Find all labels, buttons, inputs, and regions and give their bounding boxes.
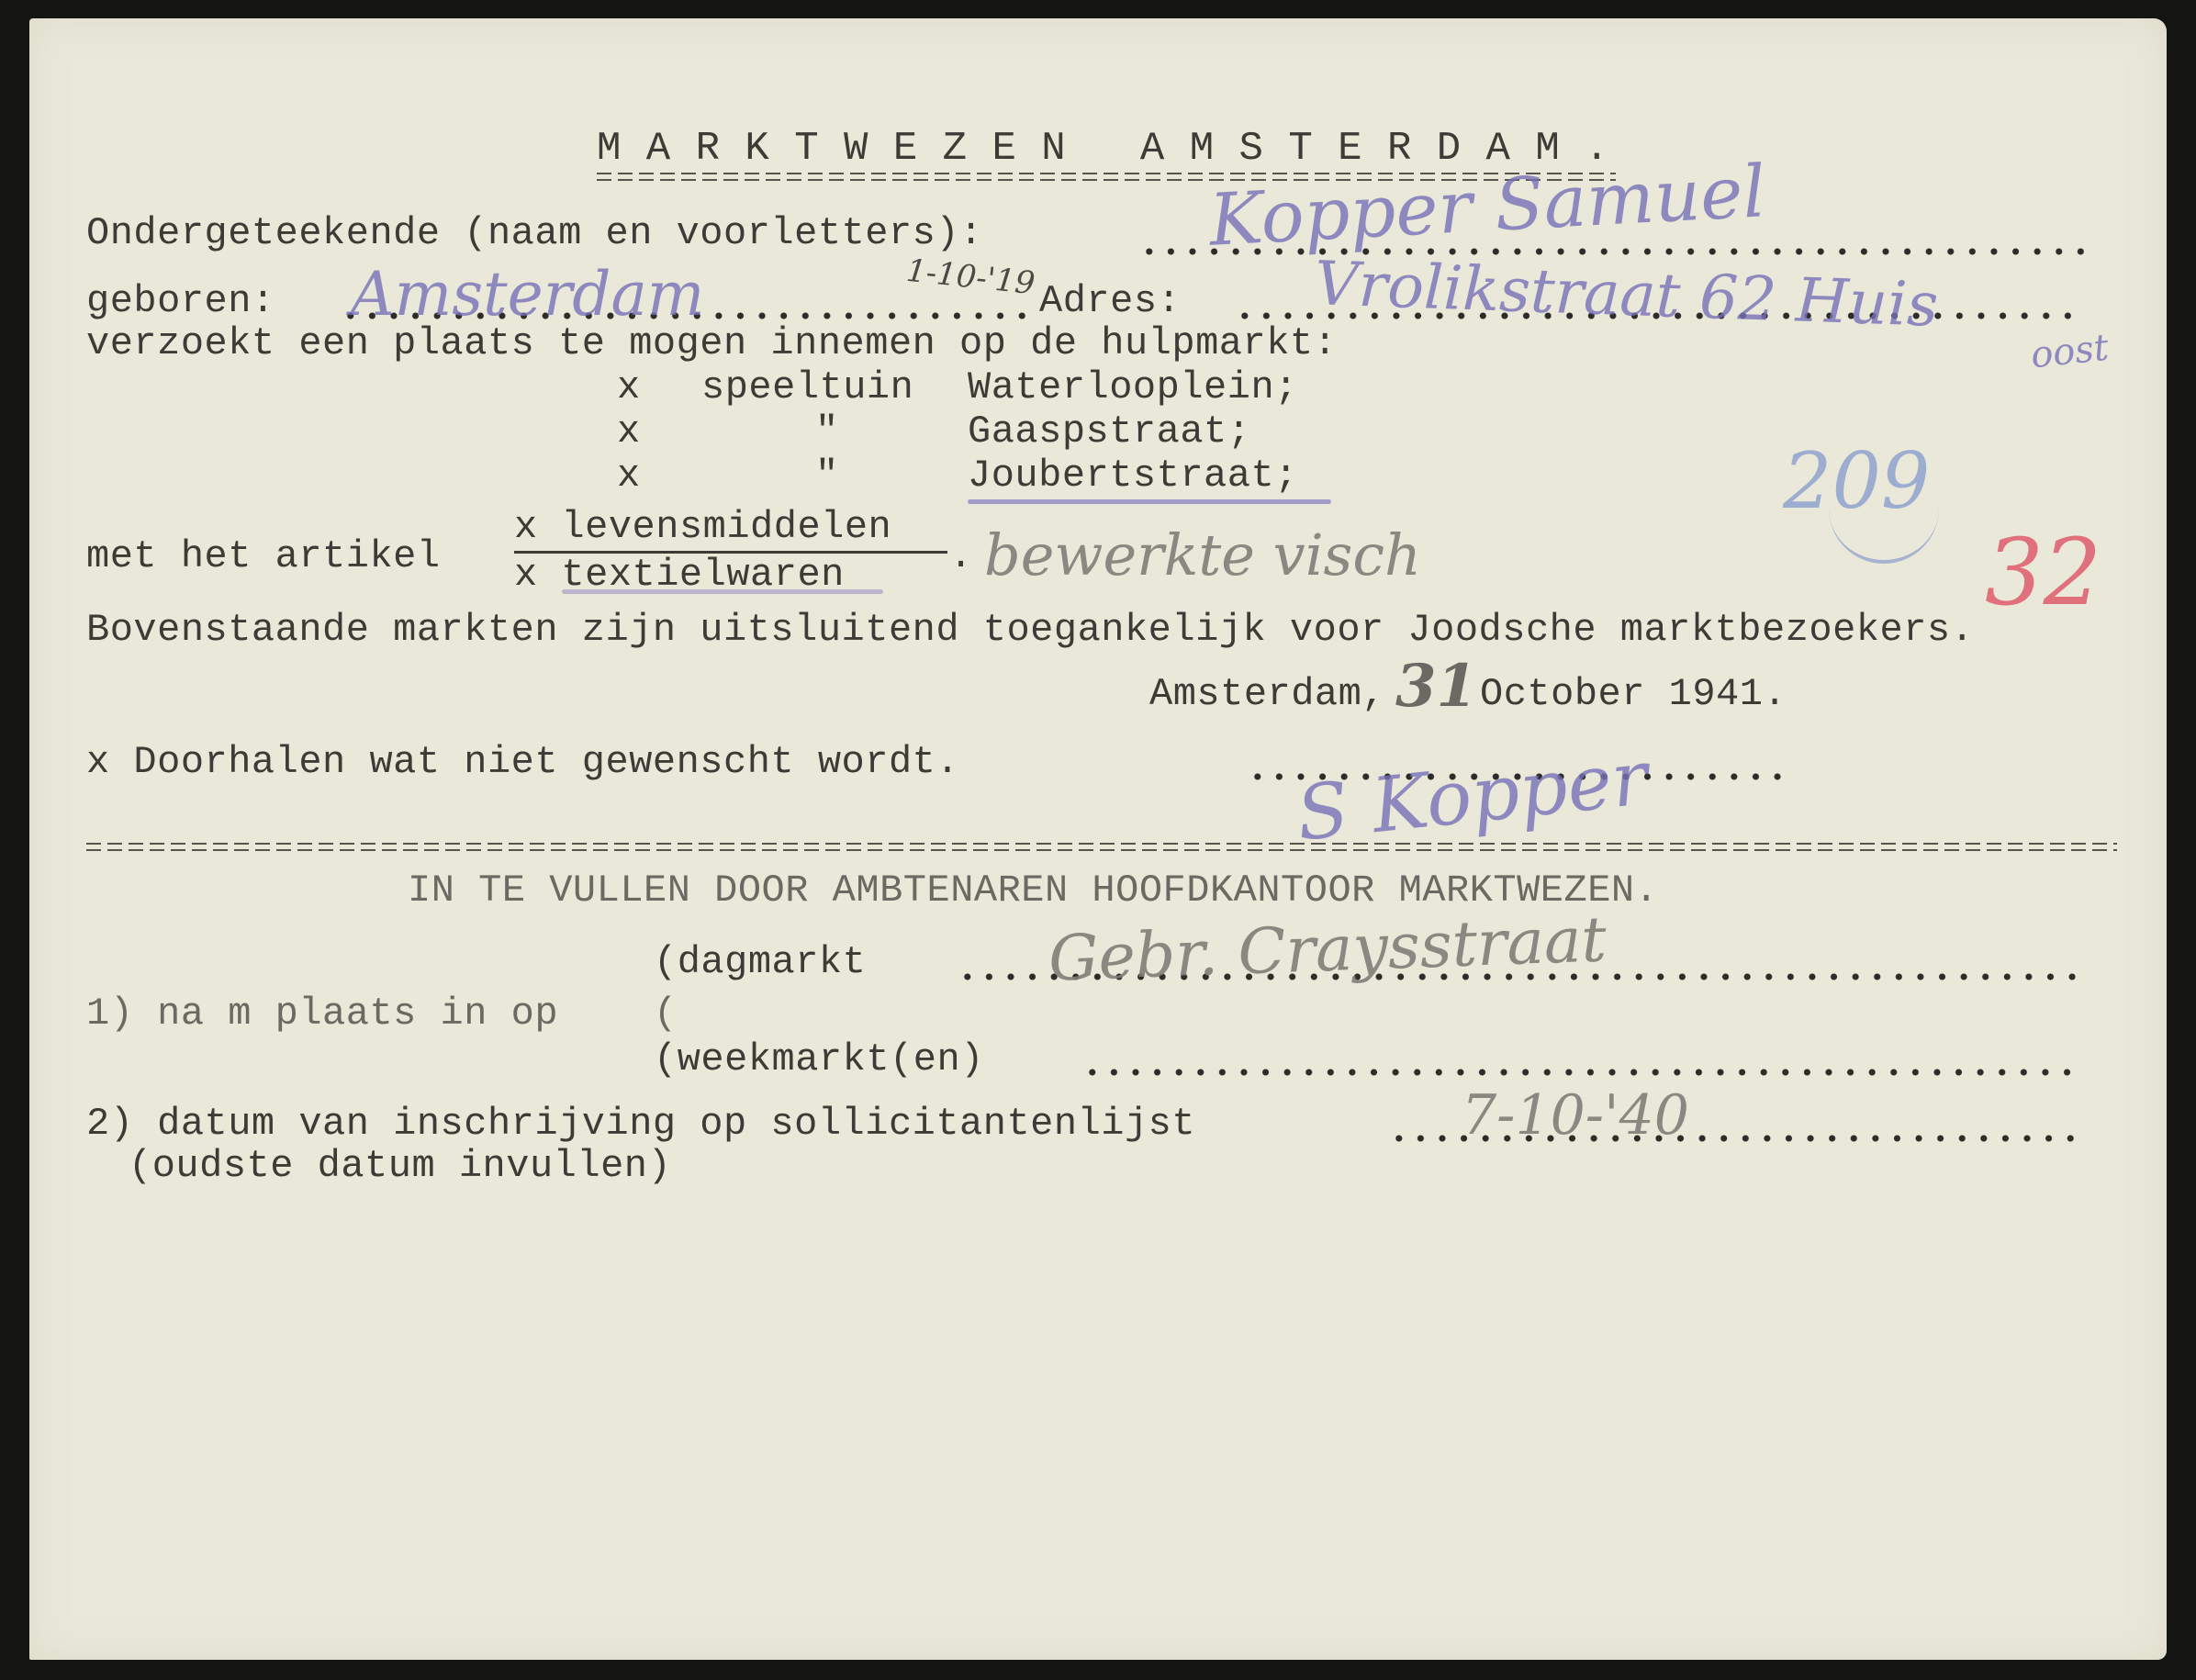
place-city: Amsterdam,: [1149, 672, 1385, 716]
market-3-ditto: ": [815, 454, 839, 498]
weekmarkt-dotted-field[interactable]: [1081, 1069, 2084, 1076]
address-handwritten: Vrolikstraat 62 Huis: [1314, 248, 1940, 341]
market-2-ditto: ": [815, 409, 839, 454]
annotation-red-number: 32: [1985, 519, 2101, 626]
article-label: met het artikel: [86, 534, 441, 578]
market-1-mark: x: [617, 365, 641, 409]
date-month-year: October 1941.: [1480, 672, 1787, 716]
market-3-name: Joubertstraat;: [968, 454, 1298, 498]
article-period: .: [949, 534, 973, 578]
market-1-type: speeltuin: [701, 365, 913, 409]
form-title: M A R K T W E Z E N A M S T E R D A M .: [597, 127, 1609, 171]
notice-text: Bovenstaande markten zijn uitsluitend to…: [86, 608, 1974, 652]
market-1-name: Waterlooplein;: [968, 365, 1298, 409]
official-section-heading: IN TE VULLEN DOOR AMBTENAREN HOOFDKANTOO…: [408, 868, 1658, 913]
section-divider: [86, 841, 2117, 854]
annotation-blue-arc: [1829, 505, 1939, 564]
date-day-handwritten: 31: [1395, 652, 1477, 721]
signature-handwritten: S Kopper: [1293, 734, 1652, 858]
market-3-mark: x: [617, 454, 641, 498]
article-option-levensmiddelen: x levensmiddelen: [514, 505, 891, 549]
dagmarkt-handwritten: Gebr. Craysstraat: [1048, 903, 1608, 995]
born-handwritten: Amsterdam: [351, 259, 704, 330]
article-handwritten-note: bewerkte visch: [984, 521, 1421, 588]
request-line: verzoekt een plaats te mogen innemen op …: [86, 321, 1337, 365]
registration-date-handwritten: 7-10-'40: [1462, 1083, 1689, 1148]
address-handwritten-2: oost: [2029, 327, 2111, 377]
form-card: M A R K T W E Z E N A M S T E R D A M . …: [29, 18, 2167, 1660]
born-label: geboren:: [86, 279, 275, 323]
dagmarkt-label: (dagmarkt: [654, 940, 866, 984]
item-2-label: 2) datum van inschrijving op sollicitant…: [86, 1102, 1195, 1146]
weekmarkt-label: (weekmarkt(en): [654, 1037, 984, 1081]
market-2-name: Gaaspstraat;: [968, 409, 1250, 454]
footnote: x Doorhalen wat niet gewenscht wordt.: [86, 740, 959, 784]
address-label: Adres:: [1039, 279, 1181, 323]
textielwaren-strikethrough: [562, 589, 883, 594]
name-label: Ondergeteekende (naam en voorletters):: [86, 211, 983, 255]
born-date-handwritten: 1-10-'19: [904, 252, 1036, 302]
market-2-mark: x: [617, 409, 641, 454]
item-1-label: 1) na m plaats in op: [86, 991, 558, 1036]
brace-middle: (: [654, 991, 678, 1036]
joubertstraat-underline: [968, 499, 1331, 504]
item-2-sublabel: (oudste datum invullen): [129, 1144, 671, 1188]
